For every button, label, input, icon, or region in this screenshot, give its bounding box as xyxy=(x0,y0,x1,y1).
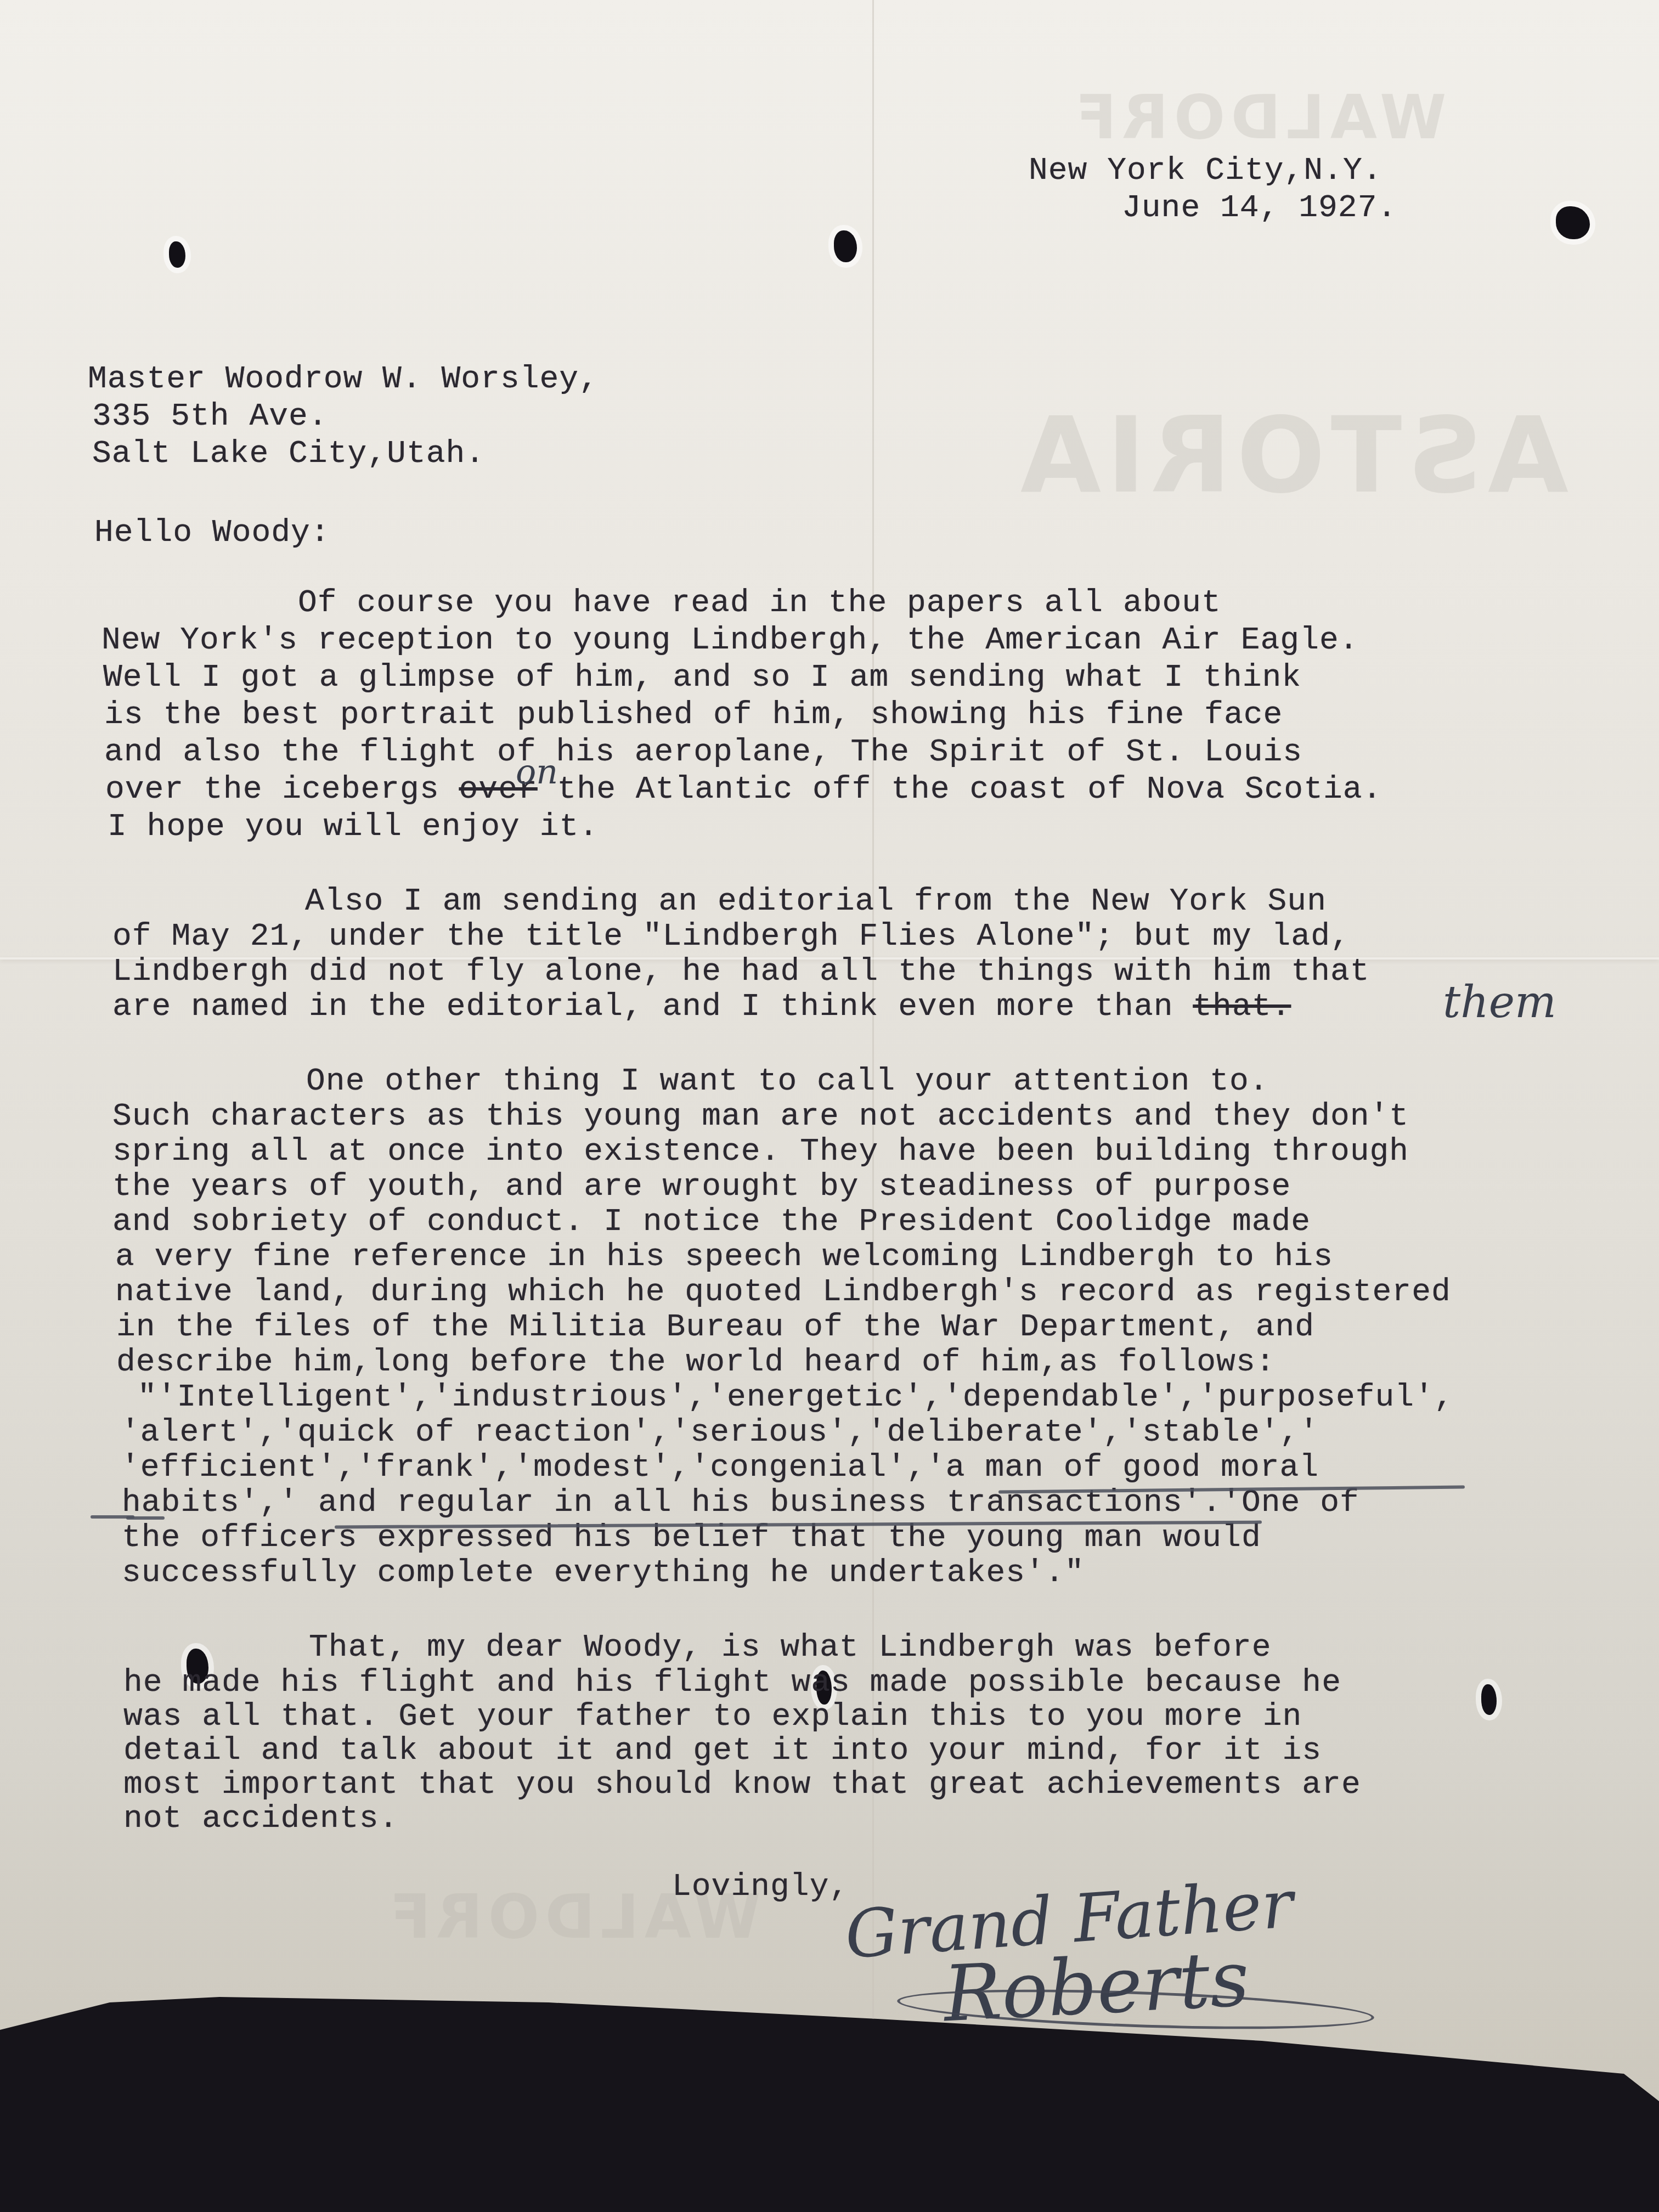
paragraph-line: the years of youth, and are wrought by s… xyxy=(112,1170,1291,1205)
punch-hole xyxy=(834,230,857,262)
paragraph-line: a very fine reference in his speech welc… xyxy=(115,1240,1333,1275)
paragraph-line: detail and talk about it and get it into… xyxy=(123,1734,1322,1769)
paragraph-line: spring all at once into existence. They … xyxy=(112,1135,1409,1170)
recipient-city: Salt Lake City,Utah. xyxy=(92,437,485,472)
paragraph-line: is the best portrait published of him, s… xyxy=(104,698,1283,733)
paragraph-line: and also the flight of his aeroplane, Th… xyxy=(104,735,1302,770)
handwritten-correction: on xyxy=(516,752,558,792)
letter-place: New York City,N.Y. xyxy=(1029,154,1383,189)
paragraph-line: One other thing I want to call your atte… xyxy=(110,1064,1269,1099)
struck-word: that. xyxy=(1193,989,1291,1025)
quote-line: 'alert','quick of reaction','serious','d… xyxy=(121,1415,1319,1451)
paragraph-line: native land, during which he quoted Lind… xyxy=(115,1275,1451,1310)
punch-hole xyxy=(169,241,185,268)
paragraph-line: Also I am sending an editorial from the … xyxy=(109,884,1327,919)
paragraph-line: Such characters as this young man are no… xyxy=(112,1099,1409,1135)
punch-hole xyxy=(1556,206,1590,239)
quote-line: "'Intelligent','industrious','energetic'… xyxy=(118,1380,1454,1415)
paragraph-line: are named in the editorial, and I think … xyxy=(112,990,1291,1025)
closing: Lovingly, xyxy=(672,1870,849,1905)
handwritten-correction: them xyxy=(1443,977,1556,1028)
paragraph-line: Lindbergh did not fly alone, he had all … xyxy=(112,955,1370,990)
quote-line: 'efficient','frank','modest','congenial'… xyxy=(121,1451,1319,1486)
quote-line: successfully complete everything he unde… xyxy=(122,1556,1084,1591)
recipient-name: Master Woodrow W. Worsley, xyxy=(88,362,599,397)
recipient-street: 335 5th Ave. xyxy=(92,399,328,435)
bleed-through-letterhead: WALDORF xyxy=(1070,82,1446,153)
paragraph-line: and sobriety of conduct. I notice the Pr… xyxy=(112,1205,1311,1240)
paragraph-line: most important that you should know that… xyxy=(123,1768,1361,1803)
paragraph-line: I hope you will enjoy it. xyxy=(108,810,599,845)
letter-paper: WALDORF ASTORIA WALDORF New York City,N.… xyxy=(0,0,1659,2212)
paragraph-line: New York's reception to young Lindbergh,… xyxy=(101,623,1359,658)
bleed-through-letterhead: ASTORIA xyxy=(1015,395,1568,516)
paragraph-line: he made his flight and his flight was ma… xyxy=(123,1666,1341,1701)
pen-underline xyxy=(126,1516,165,1520)
paragraph-line: That, my dear Woody, is what Lindbergh w… xyxy=(112,1630,1272,1666)
paragraph-line: not accidents. xyxy=(123,1802,398,1837)
paragraph-line: of May 21, under the title "Lindbergh Fl… xyxy=(112,919,1350,955)
paragraph-line: Of course you have read in the papers al… xyxy=(101,586,1221,621)
paragraph-line: over the icebergs over the Atlantic off … xyxy=(105,772,1382,808)
paragraph-line: in the files of the Militia Bureau of th… xyxy=(116,1310,1314,1345)
paragraph-line: was all that. Get your father to explain… xyxy=(123,1700,1302,1735)
paragraph-line: Well I got a glimpse of him, and so I am… xyxy=(103,661,1301,696)
paragraph-line: describe him,long before the world heard… xyxy=(116,1345,1276,1380)
salutation: Hello Woody: xyxy=(94,516,330,551)
letter-date: June 14, 1927. xyxy=(1122,191,1397,226)
punch-hole xyxy=(1481,1684,1497,1715)
